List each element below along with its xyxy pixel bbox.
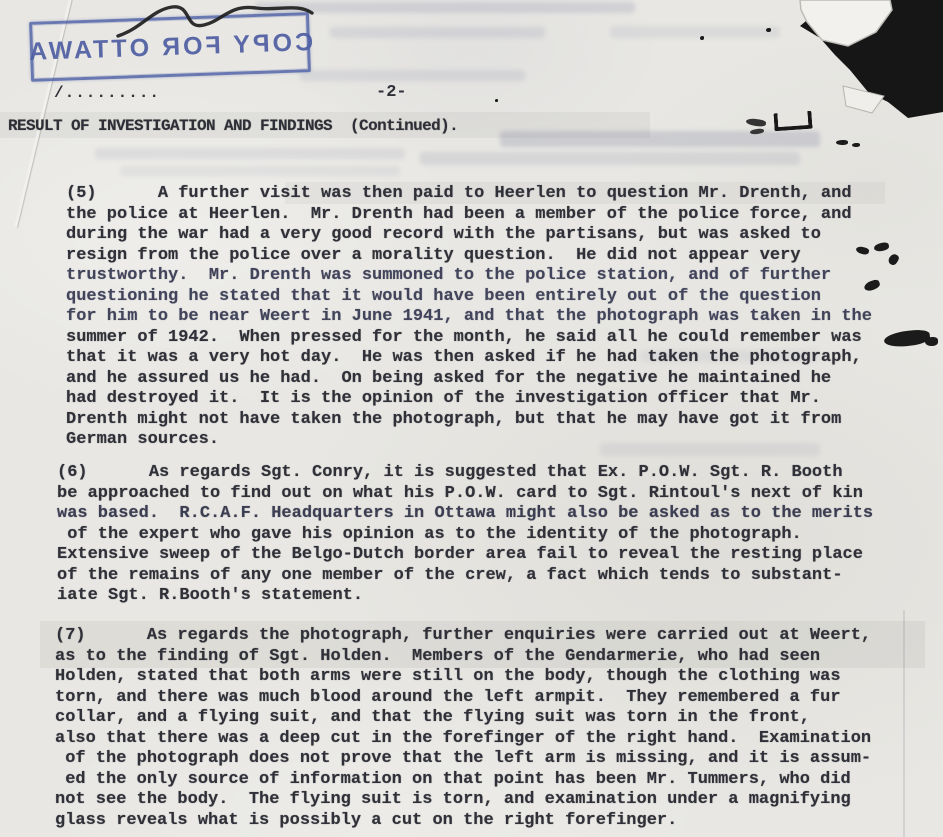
text-line: (7) As regards the photograph, further e… — [55, 626, 871, 647]
text-line: trustworthy. Mr. Drenth was summoned to … — [66, 266, 872, 287]
text-line: glass reveals what is possibly a cut on … — [55, 811, 871, 832]
text-line: also that there was a deep cut in the fo… — [55, 729, 871, 750]
damage-mark — [887, 252, 900, 266]
staple-hole-mark — [773, 111, 812, 132]
text-line: Drenth might not have taken the photogra… — [66, 410, 872, 431]
damage-mark — [873, 242, 889, 252]
continuation-mark: /......... — [54, 84, 160, 102]
text-line: collar, and a flying suit, and that the … — [55, 708, 871, 729]
text-line: for him to be near Weert in June 1941, a… — [66, 307, 872, 328]
paragraph-7: (7) As regards the photograph, further e… — [55, 626, 871, 831]
text-line: had destroyed it. It is the opinion of t… — [66, 389, 872, 410]
text-line: summer of 1942. When pressed for the mon… — [66, 328, 872, 349]
bleedthrough-rule-line — [903, 610, 905, 837]
damage-mark — [852, 143, 860, 147]
text-line: Holden, stated that both arms were still… — [55, 667, 871, 688]
damage-mark — [925, 337, 938, 346]
ink-curl-mark — [110, 0, 320, 46]
text-line: of the photograph does not prove that th… — [55, 749, 871, 770]
text-line: not see the body. The flying suit is tor… — [55, 790, 871, 811]
document-page: COPY FOR OTTAWA /......... -2- RESULT OF… — [0, 0, 943, 837]
paragraph-6: (6) As regards Sgt. Conry, it is suggest… — [57, 463, 873, 607]
text-line: Extensive sweep of the Belgo-Dutch borde… — [57, 545, 873, 566]
torn-corner — [780, 0, 943, 185]
bleedthrough-smudge — [300, 70, 525, 81]
text-line: and he assured us he had. On being asked… — [66, 369, 872, 390]
ink-scribble — [746, 118, 767, 128]
text-line: was based. R.C.A.F. Headquarters in Otta… — [57, 504, 873, 525]
bleedthrough-smudge — [610, 26, 780, 38]
bleedthrough-smudge — [120, 166, 400, 176]
text-line: iate Sgt. R.Booth's statement. — [57, 586, 873, 607]
bleedthrough-smudge — [420, 152, 800, 165]
damage-speck — [766, 28, 771, 32]
text-line: be approached to find out on what his P.… — [57, 484, 873, 505]
damage-mark — [836, 140, 848, 145]
section-heading: RESULT OF INVESTIGATION AND FINDINGS (Co… — [8, 117, 458, 135]
text-line: of the remains of any one member of the … — [57, 566, 873, 587]
damage-speck — [495, 99, 498, 102]
text-line: of the expert who gave his opinion as to… — [57, 525, 873, 546]
text-line: torn, and there was much blood around th… — [55, 688, 871, 709]
text-line: questioning he stated that it would have… — [66, 287, 872, 308]
text-line: German sources. — [66, 430, 872, 451]
text-line: ed the only source of information on tha… — [55, 770, 871, 791]
damage-mark — [883, 329, 930, 349]
page-number: -2- — [376, 83, 407, 102]
bleedthrough-smudge — [330, 27, 545, 38]
damage-speck — [700, 36, 704, 40]
text-line: (5) A further visit was then paid to Hee… — [66, 184, 872, 205]
text-line: resign from the police over a morality q… — [66, 246, 872, 267]
text-line: (6) As regards Sgt. Conry, it is suggest… — [57, 463, 873, 484]
text-line: during the war had a very good record wi… — [66, 225, 872, 246]
paragraph-5: (5) A further visit was then paid to Hee… — [66, 184, 872, 451]
text-line: as to the finding of Sgt. Holden. Member… — [55, 647, 871, 668]
bleedthrough-smudge — [95, 148, 405, 159]
text-line: that it was a very hot day. He was then … — [66, 348, 872, 369]
text-line: the police at Heerlen. Mr. Drenth had be… — [66, 205, 872, 226]
